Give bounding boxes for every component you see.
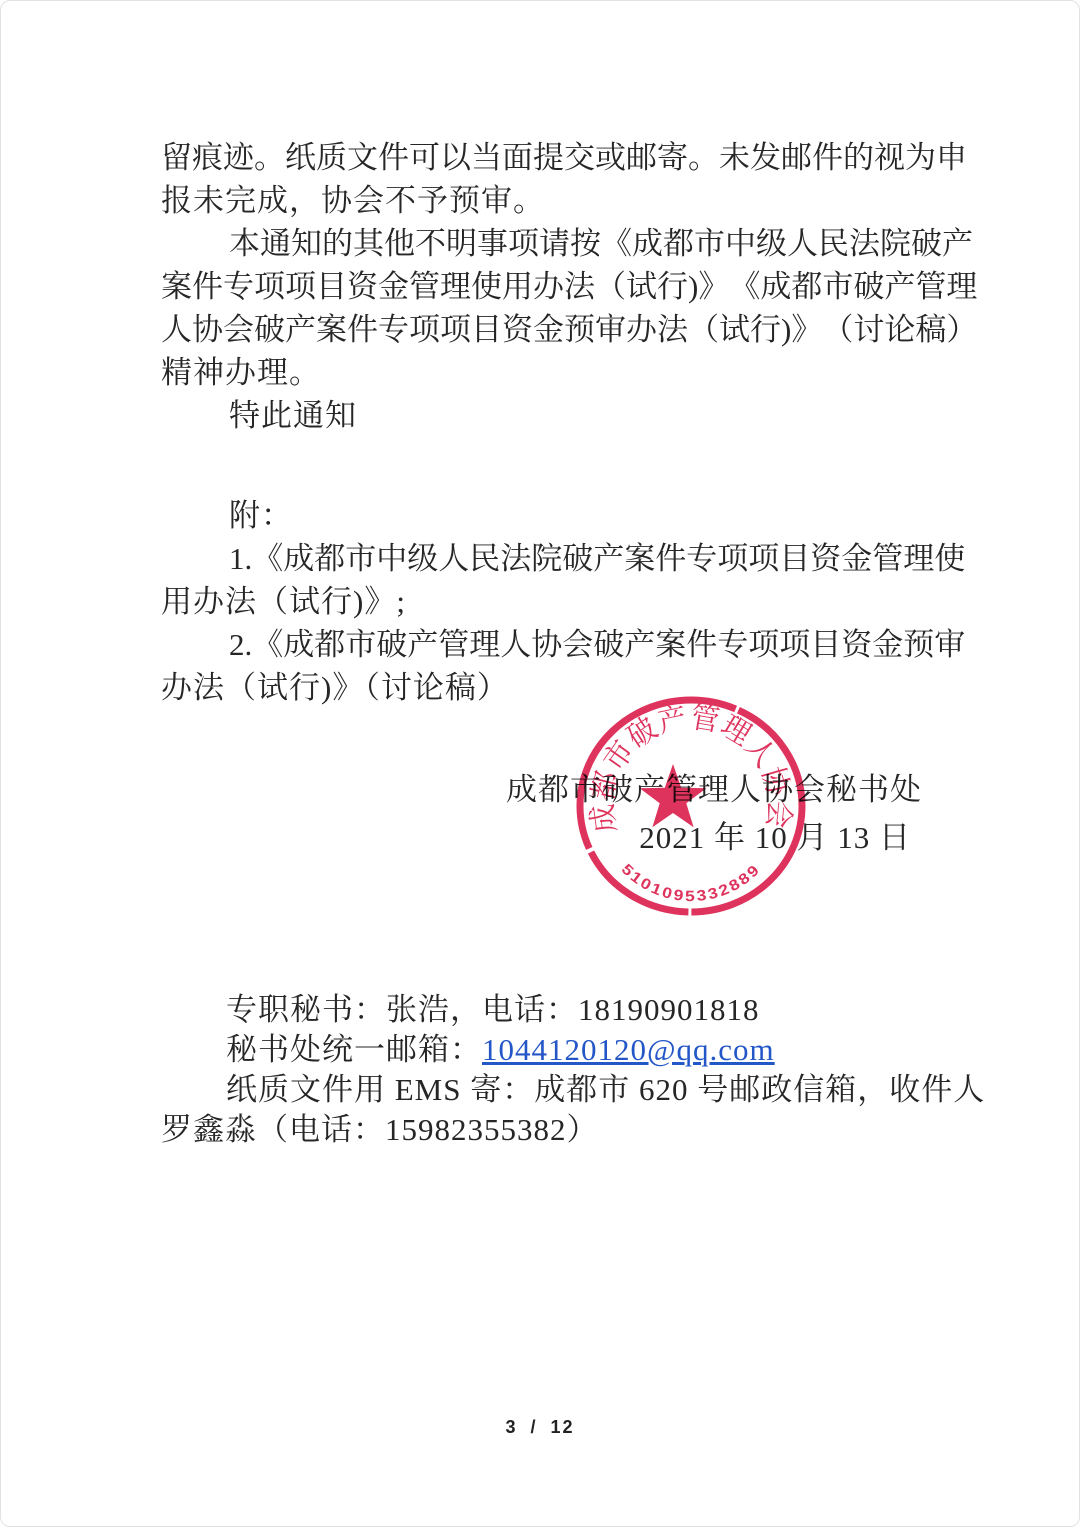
page-number: 3 / 12 xyxy=(1,1417,1079,1438)
document-page: 留痕迹。纸质文件可以当面提交或邮寄。未发邮件的视为申 报未完成，协会不予预审。 … xyxy=(0,0,1080,1527)
body-line-2: 报未完成，协会不予预审。 xyxy=(161,181,545,221)
contact-secretary-line: 专职秘书：张浩，电话：18190901818 xyxy=(226,990,760,1030)
email-label: 秘书处统一邮箱： xyxy=(226,1032,482,1067)
body-line-3: 本通知的其他不明事项请按《成都市中级人民法院破产 xyxy=(229,224,926,264)
contact-mailing-line-2: 罗鑫淼（电话：15982355382） xyxy=(161,1110,599,1150)
body-line-5: 人协会破产案件专项项目资金预审办法（试行)》（讨论稿） xyxy=(161,310,926,350)
body-line-4: 案件专项项目资金管理使用办法（试行)》《成都市破产管理 xyxy=(161,267,926,307)
closing-notice-line: 特此通知 xyxy=(229,396,357,436)
contact-mailing-line-1: 纸质文件用 EMS 寄：成都市 620 号邮政信箱，收件人 xyxy=(226,1070,985,1110)
attachment-1-line-2: 用办法（试行)》; xyxy=(161,582,406,622)
attachment-2-line-1: 2.《成都市破产管理人协会破产案件专项项目资金预审 xyxy=(229,625,926,665)
seal-arc-text: 成都市破产管理人协会 xyxy=(586,701,796,835)
body-line-1: 留痕迹。纸质文件可以当面提交或邮寄。未发邮件的视为申 xyxy=(161,138,926,178)
official-seal-stamp: 成都市破产管理人协会 5101095332889 xyxy=(573,693,809,919)
attachment-2-line-2: 办法（试行)》（讨论稿） xyxy=(161,668,509,708)
attachments-heading: 附： xyxy=(229,496,293,536)
attachment-1-line-1: 1.《成都市中级人民法院破产案件专项项目资金管理使 xyxy=(229,539,926,579)
email-link[interactable]: 1044120120@qq.com xyxy=(482,1032,775,1067)
seal-star-icon xyxy=(640,764,707,827)
body-line-6: 精神办理。 xyxy=(161,353,321,393)
contact-email-line: 秘书处统一邮箱：1044120120@qq.com xyxy=(226,1030,775,1070)
